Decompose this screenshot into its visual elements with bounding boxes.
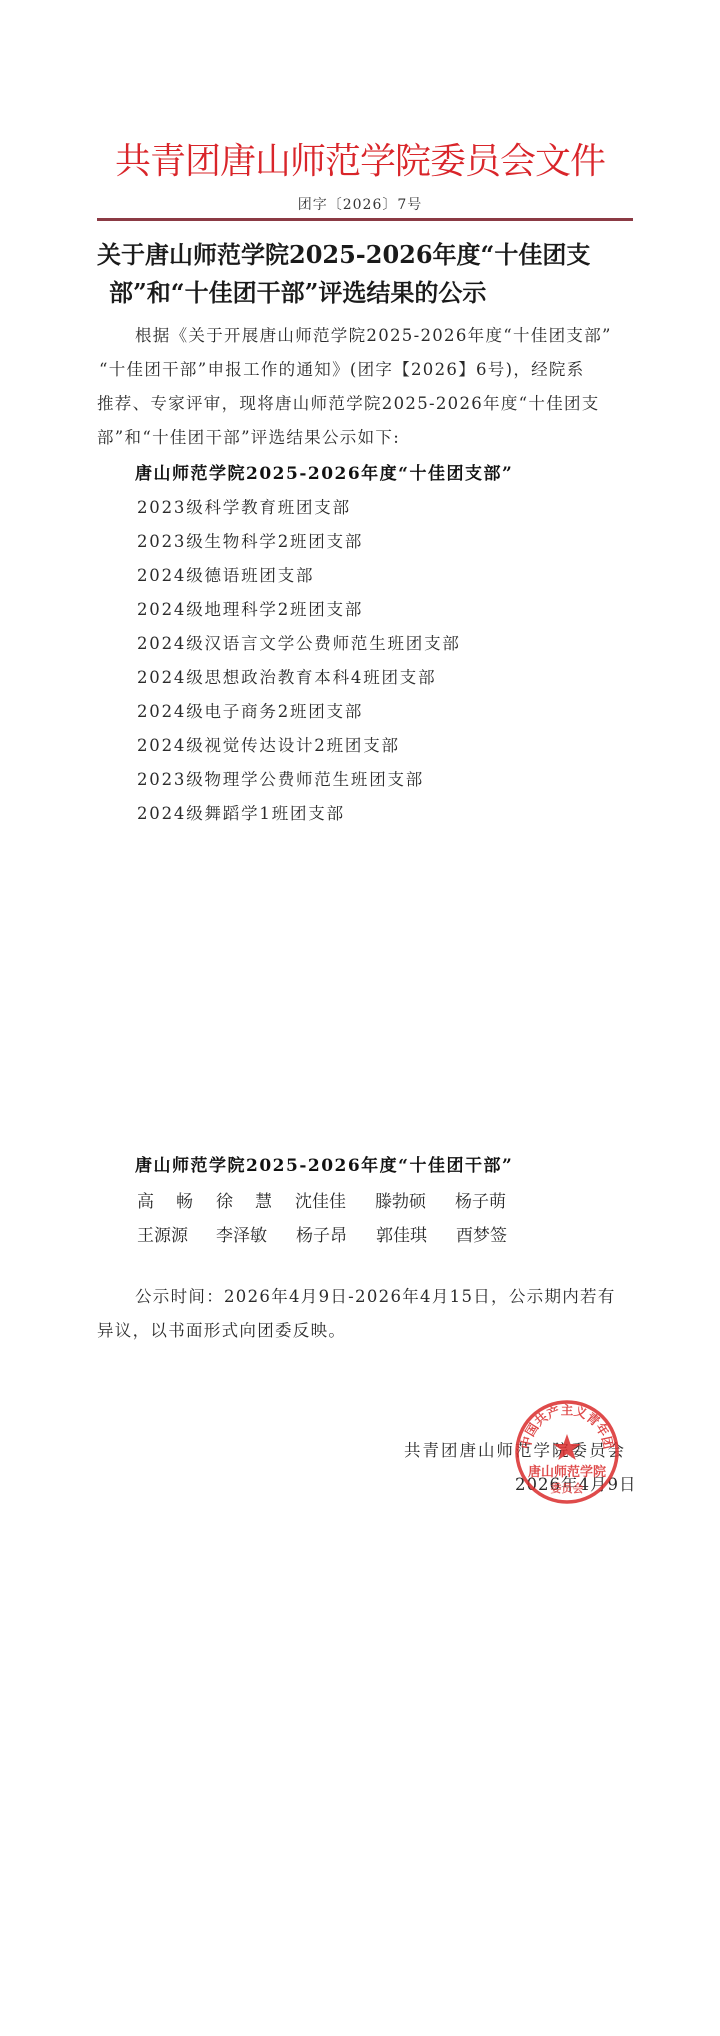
branch-item: 2024级德语班团支部 xyxy=(137,562,314,586)
intro-line: “十佳团干部”申报工作的通知》(团字【2026】6号)，经院系 xyxy=(99,359,585,381)
branch-item: 2023级物理学公费师范生班团支部 xyxy=(137,766,424,790)
cadre-name: 杨子萌 xyxy=(455,1187,534,1212)
cadre-name: 李泽敏 xyxy=(216,1221,296,1246)
branch-item: 2024级电子商务2班团支部 xyxy=(137,698,363,722)
intro-line: 推荐、专家评审，现将唐山师范学院2025-2026年度“十佳团支 xyxy=(97,393,600,415)
cadre-name: 酉梦签 xyxy=(456,1221,535,1246)
cadre-name: 沈佳佳 xyxy=(295,1187,375,1212)
cadre-name: 滕勃硕 xyxy=(375,1187,455,1212)
branches-heading: 唐山师范学院2025-2026年度“十佳团支部” xyxy=(135,459,513,484)
cadre-name: 王源源 xyxy=(137,1221,216,1246)
cadres-heading: 唐山师范学院2025-2026年度“十佳团干部” xyxy=(135,1151,513,1176)
document-number: 团字〔2026〕7号 xyxy=(0,194,720,214)
period-line: 公示时间：2026年4月9日-2026年4月15日，公示期内若有 xyxy=(135,1286,616,1308)
svg-text:唐山师范学院: 唐山师范学院 xyxy=(528,1464,606,1480)
svg-text:委员会: 委员会 xyxy=(551,1481,584,1495)
document-header-title: 共青团唐山师范学院委员会文件 xyxy=(0,138,720,186)
cadres-row-2: 王源源 李泽敏 杨子昂 郭佳琪 酉梦签 xyxy=(137,1221,535,1246)
branch-item: 2023级生物科学2班团支部 xyxy=(137,528,363,552)
notice-title-line-1: 关于唐山师范学院2025-2026年度“十佳团支 xyxy=(97,240,590,270)
branch-item: 2024级视觉传达设计2班团支部 xyxy=(137,732,400,756)
cadre-name: 徐慧 xyxy=(216,1187,295,1212)
notice-title-line-2: 部”和“十佳团干部”评选结果的公示 xyxy=(109,278,486,308)
branch-item: 2024级地理科学2班团支部 xyxy=(137,596,363,620)
cadre-name: 高畅 xyxy=(137,1187,216,1212)
period-line: 异议，以书面形式向团委反映。 xyxy=(97,1320,346,1342)
branch-item: 2023级科学教育班团支部 xyxy=(137,494,351,518)
intro-line: 根据《关于开展唐山师范学院2025-2026年度“十佳团支部” xyxy=(135,325,612,347)
branch-item: 2024级汉语言文学公费师范生班团支部 xyxy=(137,630,461,654)
branch-item: 2024级思想政治教育本科4班团支部 xyxy=(137,664,436,688)
cadre-name: 郭佳琪 xyxy=(376,1221,456,1246)
seal-icon: 中国共产主义青年团 唐山师范学院 委员会 xyxy=(513,1398,621,1506)
header-divider xyxy=(97,218,633,221)
cadres-row-1: 高畅 徐慧 沈佳佳 滕勃硕 杨子萌 xyxy=(137,1187,534,1212)
official-seal-stamp: 中国共产主义青年团 唐山师范学院 委员会 xyxy=(513,1398,621,1506)
intro-line: 部”和“十佳团干部”评选结果公示如下: xyxy=(97,427,400,449)
branch-item: 2024级舞蹈学1班团支部 xyxy=(137,800,345,824)
cadre-name: 杨子昂 xyxy=(296,1221,376,1246)
